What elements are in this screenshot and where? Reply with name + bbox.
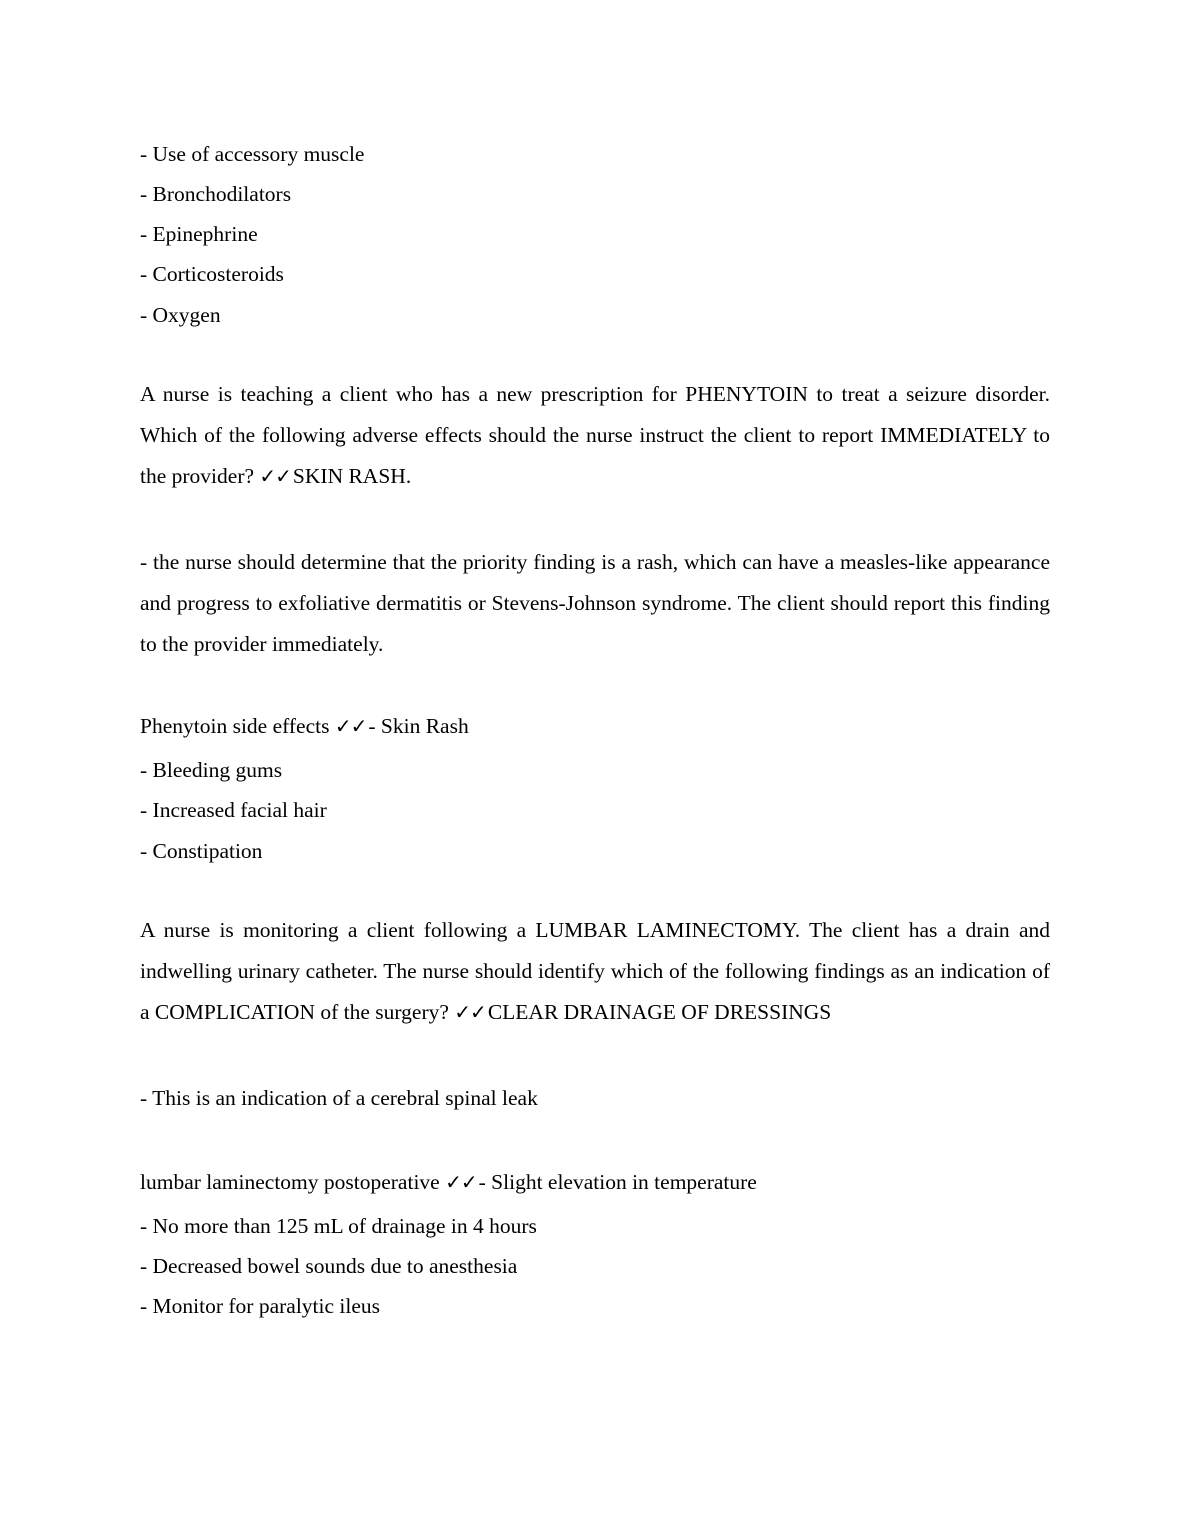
definition-first: - Skin Rash	[368, 714, 468, 738]
rationale-laminectomy: - This is an indication of a cerebral sp…	[140, 1085, 538, 1111]
definition-first: - Slight elevation in temperature	[479, 1170, 757, 1194]
term-phenytoin-side-effects: Phenytoin side effects ✓✓- Skin Rash	[140, 713, 469, 739]
rationale-phenytoin: - the nurse should determine that the pr…	[140, 542, 1050, 665]
double-check-icon: ✓✓	[445, 1170, 477, 1194]
term-label: lumbar laminectomy postoperative	[140, 1170, 440, 1194]
question-laminectomy: A nurse is monitoring a client following…	[140, 910, 1050, 1033]
question-answer: SKIN RASH.	[293, 464, 411, 488]
list-item: - Corticosteroids	[140, 261, 284, 287]
term-laminectomy-postop: lumbar laminectomy postoperative ✓✓- Sli…	[140, 1169, 757, 1195]
list-item: - Constipation	[140, 838, 262, 864]
question-phenytoin: A nurse is teaching a client who has a n…	[140, 374, 1050, 497]
list-item: - Bronchodilators	[140, 181, 291, 207]
list-item: - Decreased bowel sounds due to anesthes…	[140, 1253, 517, 1279]
list-item: - Use of accessory muscle	[140, 141, 364, 167]
list-item: - No more than 125 mL of drainage in 4 h…	[140, 1213, 537, 1239]
list-item: - Increased facial hair	[140, 797, 327, 823]
double-check-icon: ✓✓	[454, 1000, 486, 1024]
question-answer: CLEAR DRAINAGE OF DRESSINGS	[488, 1000, 831, 1024]
list-item: - Bleeding gums	[140, 757, 282, 783]
list-item: - Epinephrine	[140, 221, 258, 247]
term-label: Phenytoin side effects	[140, 714, 329, 738]
list-item: - Oxygen	[140, 302, 221, 328]
double-check-icon: ✓✓	[335, 714, 367, 738]
double-check-icon: ✓✓	[259, 464, 291, 488]
list-item: - Monitor for paralytic ileus	[140, 1293, 380, 1319]
